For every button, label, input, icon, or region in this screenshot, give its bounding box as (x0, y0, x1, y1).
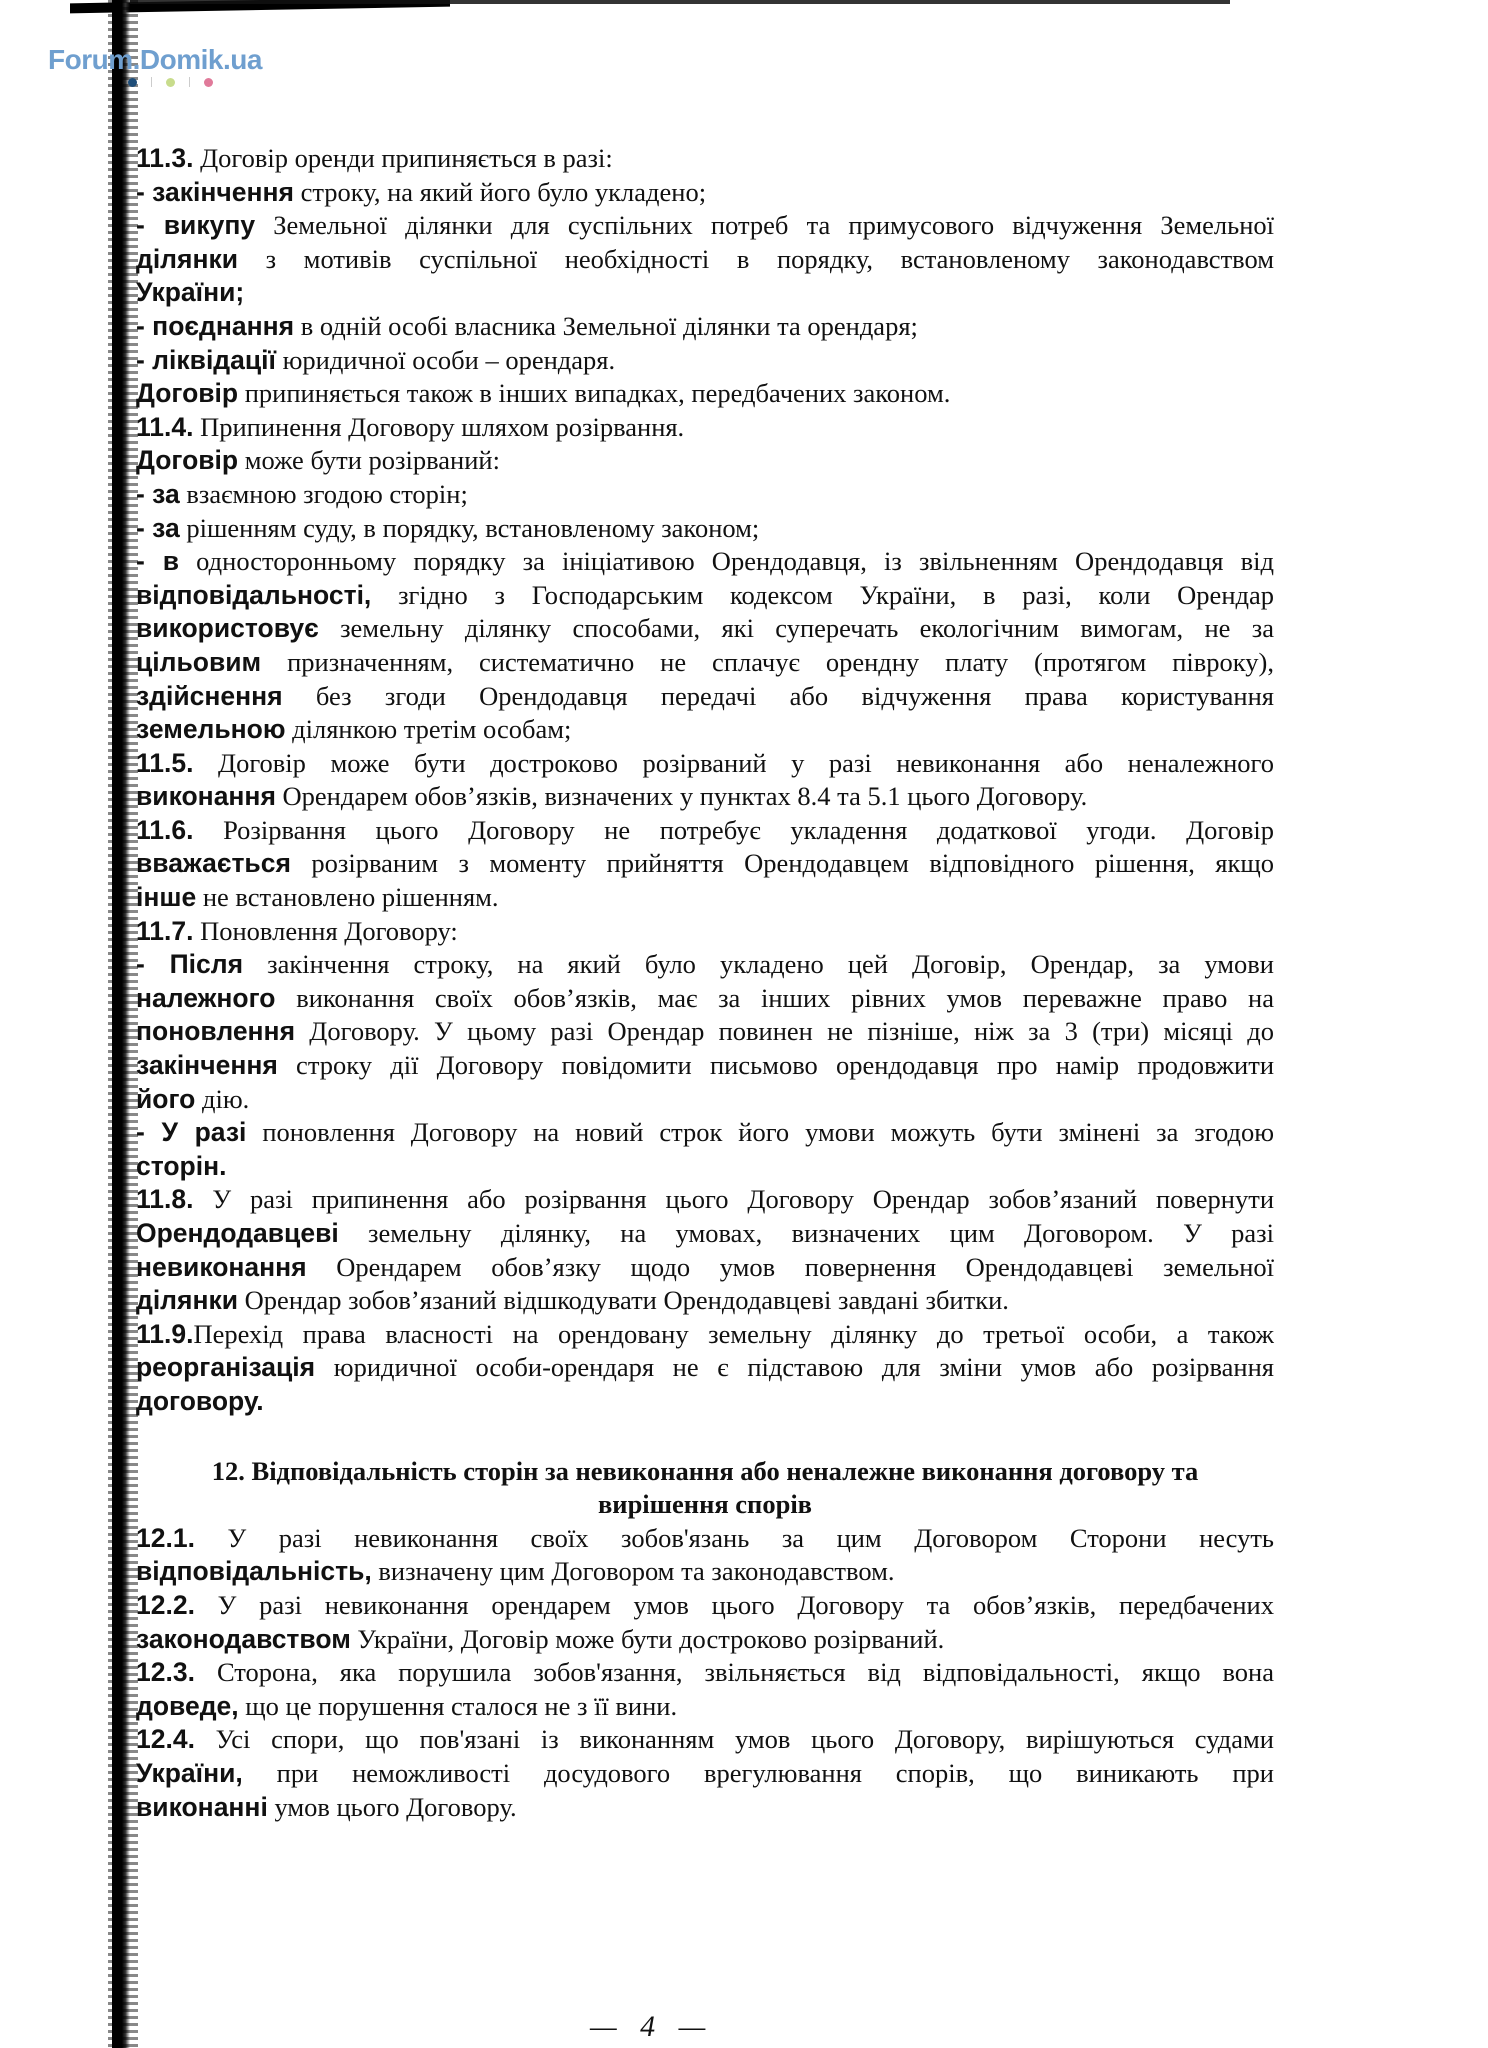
line-lead: 12.4. (136, 1724, 195, 1754)
text-line: відповідальності, згідно з Господарським… (136, 579, 1274, 613)
text-line: 12.4. Усі спори, що пов'язані із виконан… (136, 1723, 1274, 1757)
line-lead: реорганізація (136, 1352, 315, 1382)
text-line: закінчення строку дії Договору повідомит… (136, 1049, 1274, 1083)
line-text: призначенням, систематично не сплачує ор… (261, 647, 1274, 677)
line-text: не встановлено рішенням. (196, 882, 498, 912)
text-line: сторін. (136, 1150, 1274, 1184)
text-line: реорганізація юридичної особи-орендаря н… (136, 1351, 1274, 1385)
line-lead: - в (136, 546, 179, 576)
line-text: при неможливості досудового врегулювання… (243, 1758, 1274, 1788)
text-line: України; (136, 276, 1274, 310)
line-text: строку дії Договору повідомити письмово … (278, 1050, 1274, 1080)
line-lead: відповідальності, (136, 580, 371, 610)
line-lead: ділянки (136, 1285, 238, 1315)
line-lead: належного (136, 983, 275, 1013)
line-lead: - У разі (136, 1117, 246, 1147)
line-text: юридичної особи-орендаря не є підставою … (315, 1352, 1274, 1382)
line-lead: 11.4. (136, 412, 193, 442)
line-text: визначену цим Договором та законодавство… (372, 1556, 895, 1586)
line-text: в одній особі власника Земельної ділянки… (294, 311, 918, 341)
section-12: 12.1. У разі невиконання своїх зобов'яза… (136, 1522, 1274, 1824)
text-line: 11.4. Припинення Договору шляхом розірва… (136, 411, 1274, 445)
watermark-dots (128, 77, 213, 87)
line-lead: закінчення (136, 1050, 278, 1080)
text-line: - ліквідації юридичної особи – орендаря. (136, 344, 1274, 378)
scan-noise-edge (108, 0, 138, 2048)
line-lead: договору. (136, 1386, 264, 1416)
text-line: доведе, що це порушення сталося не з її … (136, 1690, 1274, 1724)
text-line: виконання Орендарем обов’язків, визначен… (136, 780, 1274, 814)
line-lead: невиконання (136, 1252, 307, 1282)
watermark-separator (189, 77, 190, 87)
line-lead: 11.5. (136, 748, 193, 778)
line-text: поновлення Договору на новий строк його … (246, 1117, 1274, 1147)
line-lead: України; (136, 277, 244, 307)
line-lead: поновлення (136, 1016, 295, 1046)
text-line: відповідальність, визначену цим Договоро… (136, 1555, 1274, 1589)
text-line: - викупу Земельної ділянки для суспільни… (136, 209, 1274, 243)
line-text: Перехід права власності на орендовану зе… (193, 1319, 1274, 1349)
text-line: 11.9.Перехід права власності на орендова… (136, 1318, 1274, 1352)
line-lead: Договір (136, 378, 238, 408)
line-text: У разі невиконання орендарем умов цього … (195, 1590, 1274, 1620)
line-lead: земельною (136, 714, 286, 744)
text-line: 11.6. Розірвання цього Договору не потре… (136, 814, 1274, 848)
line-text: Усі спори, що пов'язані із виконанням ум… (195, 1724, 1274, 1754)
text-line: 11.3. Договір оренди припиняється в разі… (136, 142, 1274, 176)
line-lead: відповідальність, (136, 1556, 372, 1586)
line-text: припиняється також в інших випадках, пер… (238, 378, 950, 408)
line-lead: використовує (136, 613, 319, 643)
text-line: України, при неможливості досудового вре… (136, 1757, 1274, 1791)
line-text: Договір оренди припиняється в разі: (193, 143, 612, 173)
watermark-separator (151, 77, 152, 87)
line-lead: 12.3. (136, 1657, 195, 1687)
line-text: Орендарем обов’язків, визначених у пункт… (276, 781, 1087, 811)
document-body: 11.3. Договір оренди припиняється в разі… (136, 142, 1274, 1824)
section-11: 11.3. Договір оренди припиняється в разі… (136, 142, 1274, 1419)
line-lead: законодавством (136, 1624, 351, 1654)
line-text: без згоди Орендодавця передачі або відчу… (283, 681, 1274, 711)
line-lead: 11.8. (136, 1184, 193, 1214)
text-line: ділянки з мотивів суспільної необхідност… (136, 243, 1274, 277)
line-lead: виконання (136, 781, 276, 811)
section-12-heading-line2: вирішення спорів (136, 1488, 1274, 1522)
text-line: здійснення без згоди Орендодавця передач… (136, 680, 1274, 714)
line-text: закінчення строку, на який було укладено… (243, 949, 1274, 979)
text-line: - Після закінчення строку, на який було … (136, 948, 1274, 982)
line-text: Орендарем обов’язку щодо умов повернення… (307, 1252, 1274, 1282)
text-line: 12.3. Сторона, яка порушила зобов'язання… (136, 1656, 1274, 1690)
text-line: земельною ділянкою третім особам; (136, 713, 1274, 747)
text-line: 11.7. Поновлення Договору: (136, 915, 1274, 949)
section-12-heading-line1: 12. Відповідальність сторін за невиконан… (136, 1455, 1274, 1489)
line-lead: - поєднання (136, 311, 294, 341)
line-lead: інше (136, 882, 196, 912)
watermark-dot-icon (166, 78, 175, 87)
line-text: У разі припинення або розірвання цього Д… (193, 1184, 1274, 1214)
text-line: інше не встановлено рішенням. (136, 881, 1274, 915)
line-text: може бути розірваний: (238, 445, 500, 475)
text-line: ділянки Орендар зобов’язаний відшкодуват… (136, 1284, 1274, 1318)
text-line: договору. (136, 1385, 1274, 1419)
text-line: цільовим призначенням, систематично не с… (136, 646, 1274, 680)
line-text: виконання своїх обов’язків, має за інших… (275, 983, 1274, 1013)
page-number: — 4 — (590, 2010, 713, 2044)
text-line: Договір припиняється також в інших випад… (136, 377, 1274, 411)
text-line: поновлення Договору. У цьому разі Оренда… (136, 1015, 1274, 1049)
watermark-logo: Forum.Domik.ua (48, 44, 262, 76)
text-line: належного виконання своїх обов’язків, ма… (136, 982, 1274, 1016)
line-lead: вважається (136, 848, 291, 878)
text-line: його дію. (136, 1083, 1274, 1117)
line-text: розірваним з моменту прийняття Орендодав… (291, 848, 1274, 878)
line-lead: - ліквідації (136, 345, 276, 375)
line-lead: 11.7. (136, 916, 193, 946)
line-lead: 12.1. (136, 1523, 195, 1553)
text-line: - закінчення строку, на який його було у… (136, 176, 1274, 210)
line-text: Договору. У цьому разі Орендар повинен н… (295, 1016, 1274, 1046)
line-lead: цільовим (136, 647, 261, 677)
text-line: Договір може бути розірваний: (136, 444, 1274, 478)
line-text: Припинення Договору шляхом розірвання. (193, 412, 684, 442)
line-lead: - за (136, 513, 180, 543)
line-lead: Договір (136, 445, 238, 475)
scan-shadow-top-line (130, 0, 1230, 4)
text-line: - за рішенням суду, в порядку, встановле… (136, 512, 1274, 546)
watermark-dot-icon (204, 78, 213, 87)
line-text: земельну ділянку, на умовах, визначених … (339, 1218, 1274, 1248)
text-line: - У разі поновлення Договору на новий ст… (136, 1116, 1274, 1150)
line-text: Розірвання цього Договору не потребує ук… (193, 815, 1274, 845)
line-text: ділянкою третім особам; (286, 714, 572, 744)
line-text: строку, на який його було укладено; (294, 177, 706, 207)
line-lead: України, (136, 1758, 243, 1788)
line-text: з мотивів суспільної необхідності в поря… (238, 244, 1274, 274)
line-lead: - викупу (136, 210, 255, 240)
line-lead: здійснення (136, 681, 283, 711)
text-line: використовує земельну ділянку способами,… (136, 612, 1274, 646)
line-text: України, Договір може бути достроково ро… (351, 1624, 945, 1654)
line-lead: 11.3. (136, 143, 193, 173)
line-text: згідно з Господарським кодексом України,… (371, 580, 1274, 610)
line-text: земельну ділянку способами, які супереча… (319, 613, 1274, 643)
line-text: дію. (195, 1084, 249, 1114)
text-line: 11.8. У разі припинення або розірвання ц… (136, 1183, 1274, 1217)
line-lead: його (136, 1084, 195, 1114)
line-text: Земельної ділянки для суспільних потреб … (255, 210, 1274, 240)
line-text: взаємною згодою сторін; (180, 479, 468, 509)
line-lead: - закінчення (136, 177, 294, 207)
text-line: невиконання Орендарем обов’язку щодо умо… (136, 1251, 1274, 1285)
line-text: юридичної особи – орендаря. (276, 345, 615, 375)
line-lead: - Після (136, 949, 243, 979)
text-line: 11.5. Договір може бути достроково розір… (136, 747, 1274, 781)
line-text: Сторона, яка порушила зобов'язання, звіл… (195, 1657, 1274, 1687)
line-lead: виконанні (136, 1792, 268, 1822)
text-line: - поєднання в одній особі власника Земел… (136, 310, 1274, 344)
line-text: умов цього Договору. (268, 1792, 517, 1822)
line-text: Поновлення Договору: (193, 916, 457, 946)
line-text: Договір може бути достроково розірваний … (193, 748, 1274, 778)
line-lead: доведе, (136, 1691, 239, 1721)
line-lead: ділянки (136, 244, 238, 274)
line-lead: 11.9. (136, 1319, 193, 1349)
text-line: законодавством України, Договір може бут… (136, 1623, 1274, 1657)
line-text: односторонньому порядку за ініціативою О… (179, 546, 1274, 576)
section-12-heading: 12. Відповідальність сторін за невиконан… (136, 1455, 1274, 1522)
watermark-dot-icon (128, 78, 137, 87)
text-line: - в односторонньому порядку за ініціатив… (136, 545, 1274, 579)
line-lead: Орендодавцеві (136, 1218, 339, 1248)
text-line: - за взаємною згодою сторін; (136, 478, 1274, 512)
line-lead: 11.6. (136, 815, 193, 845)
line-text: Орендар зобов’язаний відшкодувати Орендо… (238, 1285, 1009, 1315)
line-text: рішенням суду, в порядку, встановленому … (180, 513, 760, 543)
line-text: У разі невиконання своїх зобов'язань за … (195, 1523, 1274, 1553)
text-line: 12.2. У разі невиконання орендарем умов … (136, 1589, 1274, 1623)
line-lead: - за (136, 479, 180, 509)
line-text: що це порушення сталося не з її вини. (239, 1691, 677, 1721)
line-lead: сторін. (136, 1151, 226, 1181)
text-line: вважається розірваним з моменту прийнятт… (136, 847, 1274, 881)
text-line: виконанні умов цього Договору. (136, 1791, 1274, 1825)
text-line: Орендодавцеві земельну ділянку, на умова… (136, 1217, 1274, 1251)
line-lead: 12.2. (136, 1590, 195, 1620)
text-line: 12.1. У разі невиконання своїх зобов'яза… (136, 1522, 1274, 1556)
